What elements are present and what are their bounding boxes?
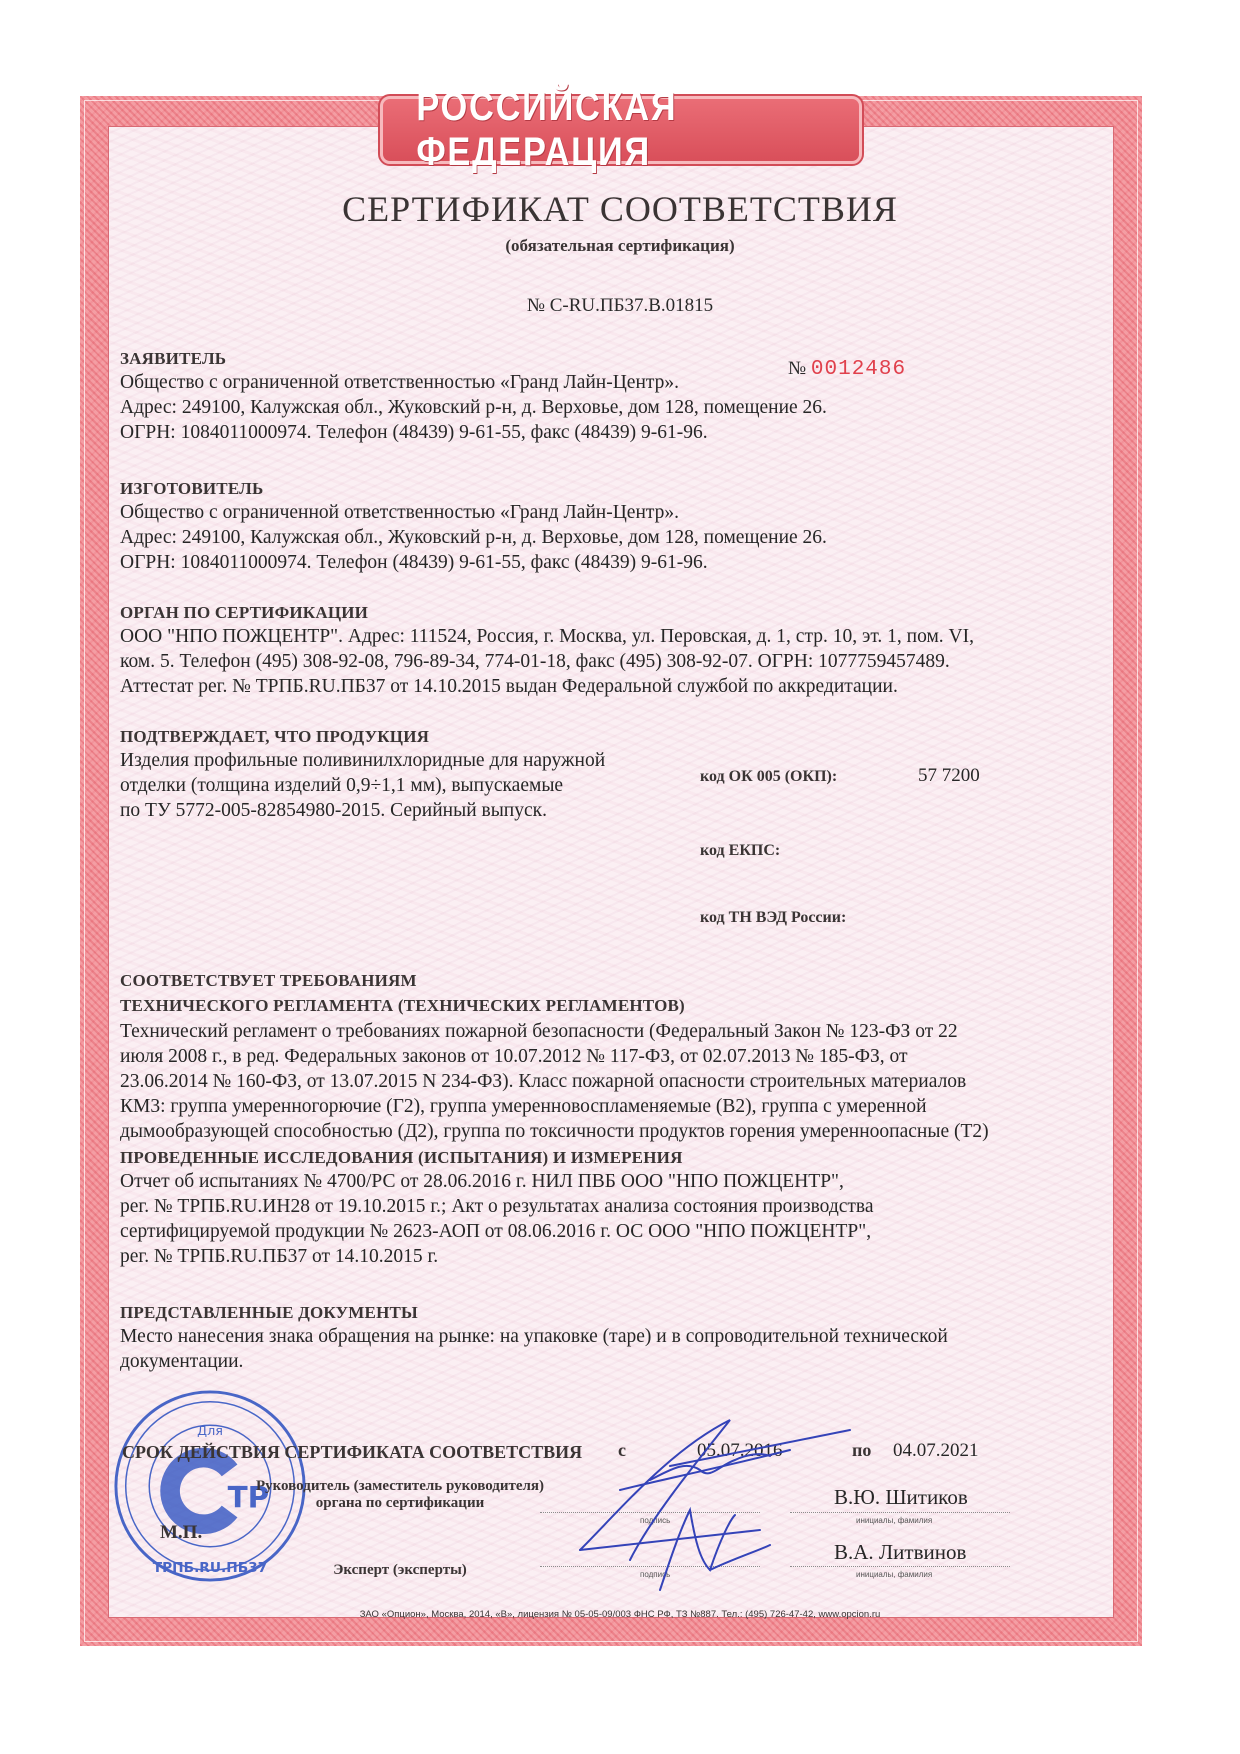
okp-code-label: код ОК 005 (ОКП): <box>700 768 837 786</box>
requirements-line: дымообразующей способностью (Д2), группа… <box>120 1119 1140 1144</box>
requirements-line: Технический регламент о требованиях пожа… <box>120 1019 1140 1044</box>
product-line: по ТУ 5772-005-82854980-2015. Серийный в… <box>120 798 1120 823</box>
validity-label: СРОК ДЕЙСТВИЯ СЕРТИФИКАТА СООТВЕТСТВИЯ <box>122 1442 582 1463</box>
validity-to-date: 04.07.2021 <box>893 1440 979 1462</box>
documents-line: документации. <box>120 1349 1120 1374</box>
manufacturer-heading: ИЗГОТОВИТЕЛЬ <box>120 478 1120 500</box>
manufacturer-section: ИЗГОТОВИТЕЛЬ Общество с ограниченной отв… <box>120 478 1120 575</box>
requirements-section: СООТВЕТСТВУЕТ ТРЕБОВАНИЯМ ТЕХНИЧЕСКОГО Р… <box>120 970 1140 1144</box>
head-signature-caption: подпись <box>640 1516 670 1525</box>
documents-heading: ПРЕДСТАВЛЕННЫЕ ДОКУМЕНТЫ <box>120 1302 1120 1324</box>
certificate-number: № С-RU.ПБ37.В.01815 <box>0 295 1240 317</box>
svg-text:ТРПБ.RU.ПБ37: ТРПБ.RU.ПБ37 <box>153 1560 268 1576</box>
documents-section: ПРЕДСТАВЛЕННЫЕ ДОКУМЕНТЫ Место нанесения… <box>120 1302 1120 1374</box>
certification-body-heading: ОРГАН ПО СЕРТИФИКАЦИИ <box>120 602 1120 624</box>
requirements-subheading: ТЕХНИЧЕСКОГО РЕГЛАМЕНТА (ТЕХНИЧЕСКИХ РЕГ… <box>120 995 1140 1017</box>
tnved-code-label: код ТН ВЭД России: <box>700 909 846 927</box>
documents-line: Место нанесения знака обращения на рынке… <box>120 1324 1120 1349</box>
certification-body-line: ком. 5. Телефон (495) 308-92-08, 796-89-… <box>120 649 1120 674</box>
tests-line: Отчет об испытаниях № 4700/РС от 28.06.2… <box>120 1169 1120 1194</box>
applicant-heading: ЗАЯВИТЕЛЬ <box>120 348 1120 370</box>
tests-line: рег. № ТРПБ.RU.ИН28 от 19.10.2015 г.; Ак… <box>120 1194 1120 1219</box>
svg-text:Для: Для <box>197 1424 223 1439</box>
applicant-line: Общество с ограниченной ответственностью… <box>120 370 1120 395</box>
banner-text: РОССИЙСКАЯ ФЕДЕРАЦИЯ <box>416 85 825 175</box>
validity-from-date: 05.07.2016 <box>697 1440 783 1462</box>
expert-signature-line <box>540 1566 760 1567</box>
product-heading: ПОДТВЕРЖДАЕТ, ЧТО ПРОДУКЦИЯ <box>120 726 1120 748</box>
applicant-line: ОГРН: 1084011000974. Телефон (48439) 9-6… <box>120 420 1120 445</box>
certification-body-line: Аттестат рег. № ТРПБ.RU.ПБ37 от 14.10.20… <box>120 674 1120 699</box>
requirements-heading: СООТВЕТСТВУЕТ ТРЕБОВАНИЯМ <box>120 970 1140 992</box>
document-title: СЕРТИФИКАТ СООТВЕТСТВИЯ <box>0 188 1240 230</box>
expert-name: В.А. Литвинов <box>834 1540 966 1565</box>
expert-label: Эксперт (эксперты) <box>300 1562 500 1579</box>
manufacturer-line: Адрес: 249100, Калужская обл., Жуковский… <box>120 525 1120 550</box>
tests-heading: ПРОВЕДЕННЫЕ ИССЛЕДОВАНИЯ (ИСПЫТАНИЯ) И И… <box>120 1147 1120 1169</box>
ekps-code-label: код ЕКПС: <box>700 842 780 860</box>
okp-code-value: 57 7200 <box>918 765 980 787</box>
expert-name-line <box>790 1566 1010 1567</box>
head-name-line <box>790 1512 1010 1513</box>
tests-line: рег. № ТРПБ.RU.ПБ37 от 14.10.2015 г. <box>120 1244 1120 1269</box>
validity-to-label: по <box>852 1440 871 1461</box>
requirements-line: КМ3: группа умеренногорючие (Г2), группа… <box>120 1094 1140 1119</box>
country-banner: РОССИЙСКАЯ ФЕДЕРАЦИЯ <box>380 96 862 164</box>
document-subtitle: (обязательная сертификация) <box>0 236 1240 256</box>
printer-imprint: ЗАО «Опцион», Москва, 2014, «В», лицензи… <box>0 1609 1240 1620</box>
applicant-line: Адрес: 249100, Калужская обл., Жуковский… <box>120 395 1120 420</box>
certification-body-section: ОРГАН ПО СЕРТИФИКАЦИИ ООО "НПО ПОЖЦЕНТР"… <box>120 602 1120 699</box>
manufacturer-line: ОГРН: 1084011000974. Телефон (48439) 9-6… <box>120 550 1120 575</box>
expert-name-caption: инициалы, фамилия <box>856 1570 932 1579</box>
tests-line: сертифицируемой продукции № 2623-АОП от … <box>120 1219 1120 1244</box>
head-name-caption: инициалы, фамилия <box>856 1516 932 1525</box>
manufacturer-line: Общество с ограниченной ответственностью… <box>120 500 1120 525</box>
requirements-line: 23.06.2014 № 160-ФЗ, от 13.07.2015 N 234… <box>120 1069 1140 1094</box>
tests-section: ПРОВЕДЕННЫЕ ИССЛЕДОВАНИЯ (ИСПЫТАНИЯ) И И… <box>120 1147 1120 1269</box>
validity-from-label: с <box>618 1440 626 1461</box>
head-signatory-label: Руководитель (заместитель руководителя) … <box>230 1478 570 1512</box>
expert-signature-caption: подпись <box>640 1570 670 1579</box>
applicant-section: ЗАЯВИТЕЛЬ Общество с ограниченной ответс… <box>120 348 1120 445</box>
head-signature-line <box>540 1512 760 1513</box>
seal-label: М.П. <box>160 1522 202 1544</box>
requirements-line: июля 2008 г., в ред. Федеральных законов… <box>120 1044 1140 1069</box>
head-name: В.Ю. Шитиков <box>834 1485 968 1510</box>
certification-body-line: ООО "НПО ПОЖЦЕНТР". Адрес: 111524, Росси… <box>120 624 1120 649</box>
